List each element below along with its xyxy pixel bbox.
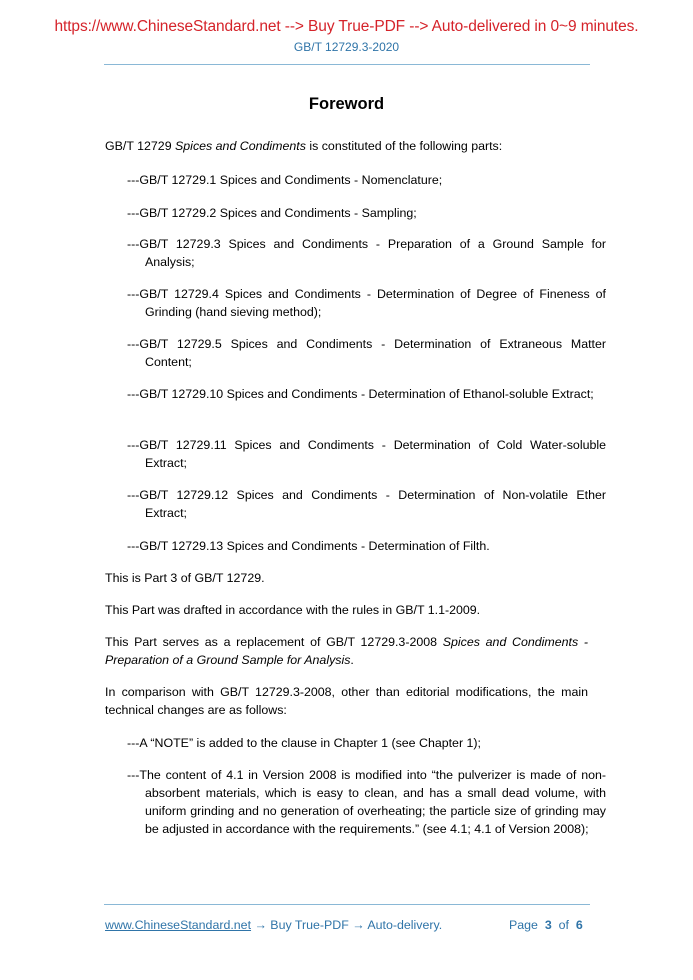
document-id: GB/T 12729.3-2020 <box>0 40 693 54</box>
comparison-paragraph: In comparison with GB/T 12729.3-2008, ot… <box>105 683 588 719</box>
page-indicator: Page 3 of 6 <box>509 918 583 932</box>
intro-suffix: is constituted of the following parts: <box>306 139 502 153</box>
page-total: 6 <box>576 918 583 932</box>
footer-promo: www.ChineseStandard.net → Buy True-PDF →… <box>105 918 442 932</box>
intro-italic-title: Spices and Condiments <box>175 139 306 153</box>
promo-banner[interactable]: https://www.ChineseStandard.net --> Buy … <box>0 18 693 36</box>
part-list-item: ---GB/T 12729.5 Spices and Condiments - … <box>127 335 606 371</box>
page-of: of <box>559 918 569 932</box>
intro-prefix: GB/T 12729 <box>105 139 175 153</box>
part-list-item: ---GB/T 12729.2 Spices and Condiments - … <box>127 204 606 222</box>
page-current: 3 <box>545 918 552 932</box>
page-title: Foreword <box>0 95 693 114</box>
part-list-item: ---GB/T 12729.10 Spices and Condiments -… <box>127 385 606 403</box>
page-label: Page <box>509 918 538 932</box>
footer-divider <box>104 904 590 905</box>
part-of-paragraph: This is Part 3 of GB/T 12729. <box>105 569 588 587</box>
header-divider <box>104 64 590 65</box>
part-list-item: ---GB/T 12729.4 Spices and Condiments - … <box>127 285 606 321</box>
part-list-item: ---GB/T 12729.13 Spices and Condiments -… <box>127 537 606 555</box>
part-list-item: ---GB/T 12729.3 Spices and Condiments - … <box>127 235 606 271</box>
change-list-item: ---The content of 4.1 in Version 2008 is… <box>127 766 606 838</box>
part-list-item: ---GB/T 12729.1 Spices and Condiments - … <box>127 171 606 189</box>
intro-paragraph: GB/T 12729 Spices and Condiments is cons… <box>105 137 588 155</box>
replacement-prefix: This Part serves as a replacement of GB/… <box>105 635 443 649</box>
footer-link-suffix: → Buy True-PDF → Auto-delivery. <box>251 918 442 932</box>
part-list-item: ---GB/T 12729.11 Spices and Condiments -… <box>127 436 606 472</box>
replacement-paragraph: This Part serves as a replacement of GB/… <box>105 633 588 669</box>
replacement-suffix: . <box>350 653 353 667</box>
drafted-paragraph: This Part was drafted in accordance with… <box>105 601 588 619</box>
part-list-item: ---GB/T 12729.12 Spices and Condiments -… <box>127 486 606 522</box>
change-list-item: ---A “NOTE” is added to the clause in Ch… <box>127 734 606 752</box>
footer-link[interactable]: www.ChineseStandard.net <box>105 918 251 932</box>
